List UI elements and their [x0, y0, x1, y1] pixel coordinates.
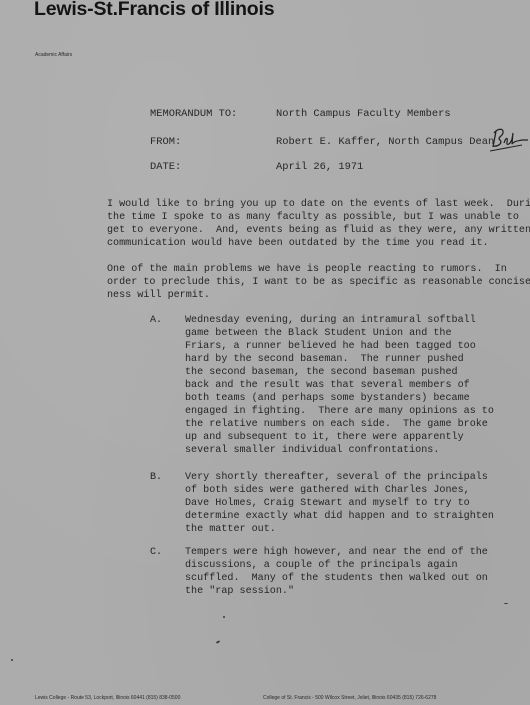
body-paragraph-2: One of the main problems we have is peop… [107, 263, 527, 302]
memo-to-value: North Campus Faculty Members [276, 108, 451, 120]
body-paragraph-1: I would like to bring you up to date on … [107, 198, 527, 250]
memo-from-label: FROM: [150, 136, 276, 148]
footer-stfrancis-address: College of St. Francis - 500 Wilcox Stre… [263, 695, 436, 701]
memo-page: Lewis-St.Francis of Illinois Academic Af… [0, 0, 530, 705]
letterhead-title: Lewis-St.Francis of Illinois [34, 0, 274, 21]
memo-date-row: DATE:April 26, 1971 [150, 161, 363, 173]
memo-from-value: Robert E. Kaffer, North Campus Dean [276, 136, 494, 148]
memo-to-row: MEMORANDUM TO:North Campus Faculty Membe… [150, 108, 451, 120]
list-item-text: Wednesday evening, during an intramural … [185, 314, 515, 457]
memo-date-value: April 26, 1971 [276, 161, 363, 173]
list-item-text: Very shortly thereafter, several of the … [185, 471, 515, 536]
scan-speck [216, 640, 220, 644]
department-name: Academic Affairs [35, 52, 72, 58]
scan-speck [223, 616, 225, 618]
list-item-letter: A. [150, 314, 162, 327]
footer-lewis-address: Lewis College - Route 53, Lockport, Illi… [35, 695, 180, 701]
memo-to-label: MEMORANDUM TO: [150, 108, 276, 120]
memo-date-label: DATE: [150, 161, 276, 173]
list-item-letter: C. [150, 546, 162, 559]
scan-speck [504, 603, 508, 604]
signature-initials-icon [488, 125, 530, 155]
scan-speck [11, 659, 13, 661]
memo-from-row: FROM:Robert E. Kaffer, North Campus Dean [150, 136, 494, 148]
list-item-text: Tempers were high however, and near the … [185, 546, 515, 598]
list-item-letter: B. [150, 471, 162, 484]
